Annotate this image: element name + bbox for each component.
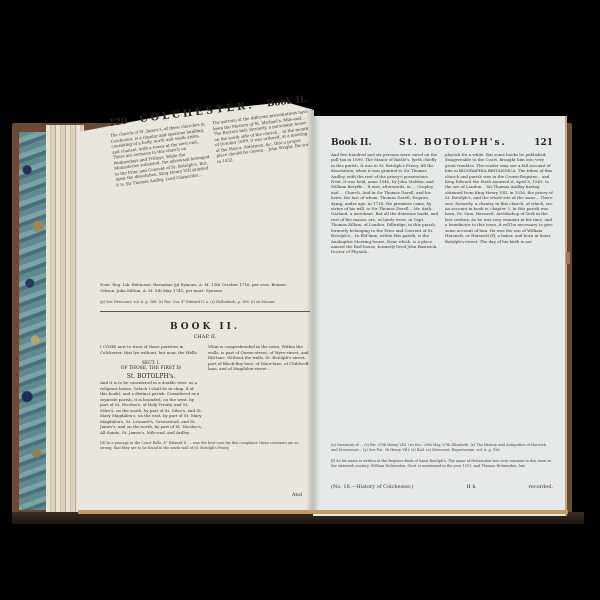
section-text: And it is to be considered in a double v… [100,380,202,435]
right-page-content: Book II. St. BOTOLPH's. 121 And five hun… [331,138,553,255]
right-running-title: St. BOTOLPH's. [399,138,507,148]
right-page-number: 121 [534,138,553,148]
photo-scene: 120 COLCHESTER. Book II. The church of S… [0,0,600,600]
left-page-number: 120 [108,117,128,129]
left-lower-col-2: What is comprehended in the town, Within… [208,344,310,435]
page-bottom-edge [78,510,568,514]
bookmark-tab [566,252,570,264]
section-subtitle: OF THOSE, THE FIRST IS [100,366,202,371]
chapter-heading: CHAP. II. [100,334,310,340]
intro-text: I COME now to treat of those parishes in… [100,344,202,355]
right-footnotes: (u) Inventory of ... (v) Pat. 37th Henry… [331,443,553,469]
left-running-book: Book II. [266,95,307,110]
section-rule [100,311,310,312]
incumbent-list: Nom. Reg. Lib. Robinson. Barnabas (p) Sy… [100,282,310,294]
section-title: St. BOTOLPH's. [100,373,202,380]
right-running-head: Book II. St. BOTOLPH's. 121 [331,138,553,148]
section-block: SECT. I. OF THOSE, THE FIRST IS St. BOTO… [100,361,202,380]
right-footnote-refs: (u) Inventory of ... (v) Pat. 37th Henry… [331,443,553,453]
left-catchword: And [292,492,302,498]
right-col-2: physick for a while. But some books he p… [445,152,553,255]
right-col-1: And five hundred and six persons were cu… [331,152,439,255]
incumbent-entry: Gibson. John Milton, A. M. 5th May 1743,… [100,288,310,294]
left-col-2: The patrons of the different presentatio… [212,109,315,175]
left-page-lower: Nom. Reg. Lib. Robinson. Barnabas (p) Sy… [100,282,310,451]
marbled-endpaper [19,132,46,510]
signature-text: (No. 16.—History of Colchester.) [331,484,414,490]
right-signature-line: (No. 16.—History of Colchester.) H h rec… [331,484,553,490]
book-heading: BOOK II. [100,322,310,332]
right-running-book: Book II. [331,138,372,148]
left-col-1: The church of St. James's, of three chur… [110,121,213,187]
right-catchword: recorded. [529,484,554,490]
signature-mark: H h [466,484,475,490]
left-lower-footnote: [II] In a passage in the Court Rolls, 4°… [100,441,310,451]
left-footnote-refs: (p) See Newcourt, vol. ii. p. 168. (r) R… [100,300,310,305]
right-footnote-f: [f] So his name is written in the Regist… [331,459,553,469]
